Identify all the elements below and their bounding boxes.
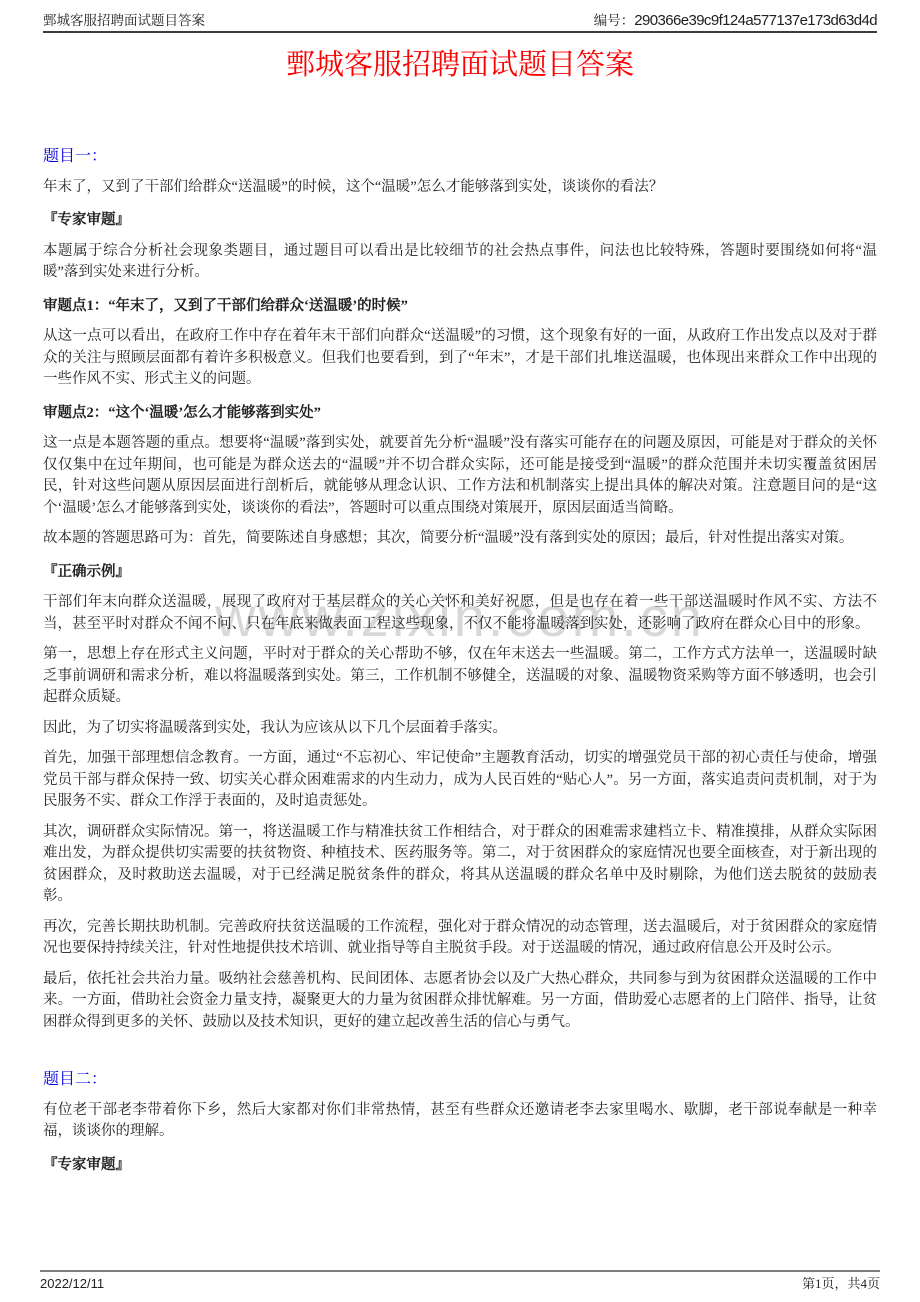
analysis-intro: 本题属于综合分析社会现象类题目，通过题目可以看出是比较细节的社会热点事件，问法也… <box>43 241 877 284</box>
header-number-value: 290366e39c9f124a577137e173d63d4d <box>634 12 877 29</box>
header-number-label: 编号： <box>594 13 635 28</box>
footer-page-info: 第1页，共4页 <box>802 1276 880 1292</box>
expert-review-label-2: 『专家审题』 <box>43 1155 877 1177</box>
expert-review-label-1: 『专家审题』 <box>43 210 877 232</box>
example-paragraph-5: 其次，调研群众实际情况。第一，将送温暖工作与精准扶贫工作相结合，对于群众的困难需… <box>43 822 877 908</box>
point-1-text: 从这一点可以看出，在政府工作中存在着年末干部们向群众“送温暖”的习惯，这个现象有… <box>43 326 877 391</box>
question-2-text: 有位老干部老李带着你下乡，然后大家都对你们非常热情，甚至有些群众还邀请老李去家里… <box>43 1100 877 1143</box>
example-paragraph-3: 因此，为了切实将温暖落到实处，我认为应该从以下几个层面着手落实。 <box>43 718 877 740</box>
header-doc-title: 鄄城客服招聘面试题目答案 <box>43 12 205 29</box>
point-2-text: 这一点是本题答题的重点。想要将“温暖”落到实处，就要首先分析“温暖”没有落实可能… <box>43 433 877 519</box>
page-title: 鄄城客服招聘面试题目答案 <box>43 48 877 82</box>
example-paragraph-1: 干部们年末向群众送温暖，展现了政府对于基层群众的关心关怀和美好祝愿，但是也存在着… <box>43 592 877 635</box>
document-body: 题目一： 年末了，又到了干部们给群众“送温暖”的时候，这个“温暖”怎么才能够落到… <box>43 146 877 1176</box>
question-1-heading: 题目一： <box>43 146 877 168</box>
example-paragraph-4: 首先，加强干部理想信念教育。一方面，通过“不忘初心、牢记使命”主题教育活动，切实… <box>43 748 877 813</box>
example-paragraph-6: 再次，完善长期扶助机制。完善政府扶贫送温暖的工作流程，强化对于群众情况的动态管理… <box>43 917 877 960</box>
example-paragraph-7: 最后，依托社会共治力量。吸纳社会慈善机构、民间团体、志愿者协会以及广大热心群众，… <box>43 969 877 1034</box>
question-2-heading: 题目二： <box>43 1069 877 1091</box>
document-header: 鄄城客服招聘面试题目答案 编号：290366e39c9f124a577137e1… <box>43 12 877 33</box>
point-1-heading: 审题点1：“年末了，又到了干部们给群众‘送温暖’的时候” <box>43 296 877 318</box>
document-footer: 2022/12/11 第1页，共4页 <box>40 1270 880 1292</box>
footer-date: 2022/12/11 <box>40 1276 104 1292</box>
correct-example-label: 『正确示例』 <box>43 562 877 584</box>
question-1-text: 年末了，又到了干部们给群众“送温暖”的时候，这个“温暖”怎么才能够落到实处，谈谈… <box>43 177 877 199</box>
example-paragraph-2: 第一，思想上存在形式主义问题，平时对于群众的关心帮助不够，仅在年末送去一些温暖。… <box>43 644 877 709</box>
header-number: 编号：290366e39c9f124a577137e173d63d4d <box>594 12 877 29</box>
answer-outline: 故本题的答题思路可为：首先，简要陈述自身感想；其次，简要分析“温暖”没有落到实处… <box>43 528 877 550</box>
document-page: 鄄城客服招聘面试题目答案 编号：290366e39c9f124a577137e1… <box>0 0 920 1302</box>
point-2-heading: 审题点2：“这个‘温暖’怎么才能够落到实处” <box>43 403 877 425</box>
